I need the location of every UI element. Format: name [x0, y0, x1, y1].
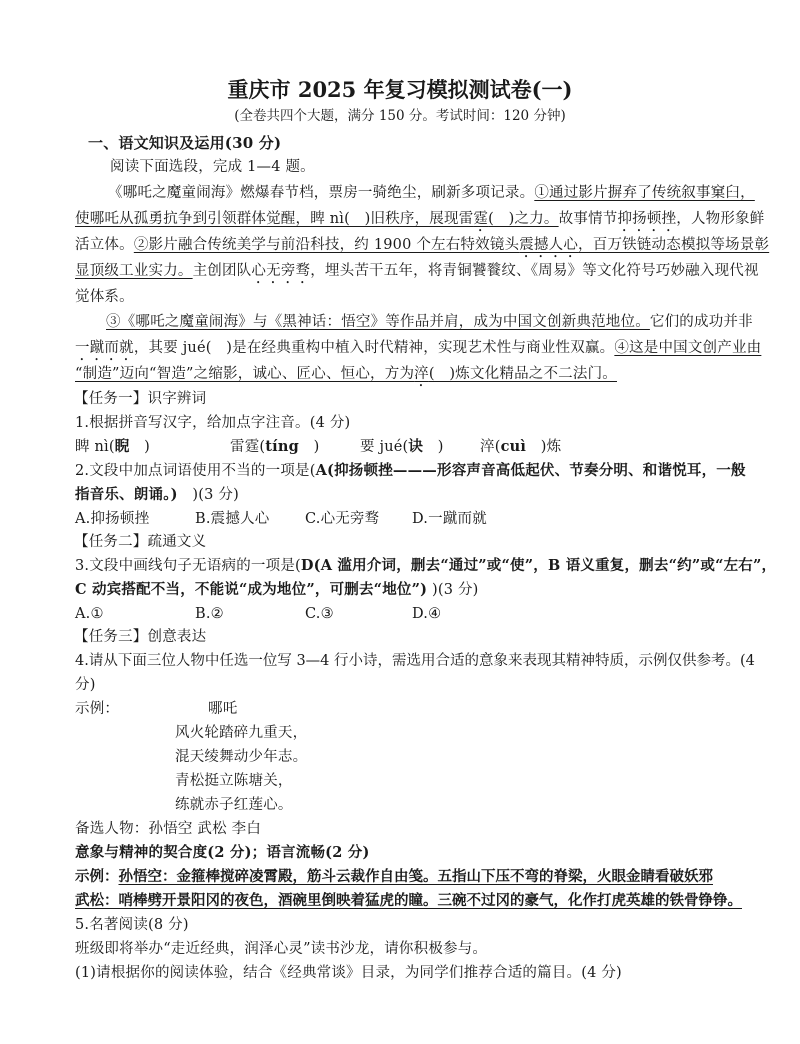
example-label: 示例： [75, 699, 727, 719]
task-heading: 【任务二】疏通文义 [74, 532, 726, 552]
dotted-char: 淬 [414, 366, 429, 382]
underlined-sentence-1: 使哪吒从孤勇抗争到引领群体觉醒，睥 nì( )旧秩序，展现雷霆( )之力。 [75, 211, 559, 227]
poem-line: 混天绫舞动少年志。 [175, 747, 800, 767]
dotted-char: 霆 [473, 211, 488, 227]
answer-text: A(抑扬顿挫———形容声音高低起伏、节奏分明、和谐悦耳，一般 [316, 462, 746, 479]
underlined-sentence-2: 显顶级工业实力。 [75, 263, 193, 279]
passage-line: 《哪吒之魔童闹海》燃爆春节档，票房一骑绝尘，刷新多项记录。①通过影片摒弃了传统叙… [108, 183, 760, 203]
question-1: 1.根据拼音写汉字，给加点字注音。(4 分) [75, 413, 727, 433]
passage-line: 一蹴而就，其要 jué( )是在经典重构中植入时代精神，实现艺术性与商业性双赢。… [75, 338, 727, 364]
question-4: 分) [75, 675, 727, 695]
option-c: C.③ [305, 604, 334, 624]
dotted-phrase: 心无旁骛 [251, 263, 310, 279]
dotted-phrase: 抑扬顿挫 [617, 211, 676, 227]
underlined-sentence-3: ③《哪吒之魔童闹海》与《黑神话：悟空》等作品并肩，成为中国文创新典范地位。 [106, 314, 650, 330]
poem-line: 练就赤子红莲心。 [175, 795, 800, 815]
q5-intro: 班级即将举办“走近经典，润泽心灵”读书沙龙，请你积极参与。 [75, 939, 727, 959]
passage-line: 觉体系。 [75, 287, 727, 307]
passage-line: “制造”迈向“智造”之缩影，诚心、匠心、恒心，方为淬( )炼文化精品之不二法门。 [75, 364, 727, 390]
answer-text: C 动宾搭配不当，不能说“成为地位”，可删去“地位”) [75, 581, 427, 598]
passage-text: 《哪吒之魔童闹海》燃爆春节档，票房一骑绝尘，刷新多项记录。 [108, 185, 534, 201]
dotted-phrase: 震撼人心 [519, 237, 578, 253]
answer-item: 要 jué(诀 ) [360, 437, 444, 457]
page-title: 重庆市 2025 年复习模拟测试卷(一) [0, 76, 800, 104]
poem-line: 风火轮踏碎九重天， [175, 723, 800, 743]
page-subtitle: (全卷共四个大题，满分 150 分。考试时间：120 分钟) [0, 106, 800, 126]
sample-answer: 示例：孙悟空：金箍棒搅碎凌霄殿，筋斗云裁作自由笺。五指山下压不弯的脊梁，火眼金睛… [75, 867, 727, 887]
task-heading: 【任务三】创意表达 [74, 627, 726, 647]
answer-item: 雷霆(tíng ) [230, 437, 320, 457]
passage-line: ③《哪吒之魔童闹海》与《黑神话：悟空》等作品并肩，成为中国文创新典范地位。它们的… [106, 312, 758, 332]
sample-answer: 武松：哨棒劈开景阳冈的夜色，酒碗里倒映着猛虎的瞳。三碗不过冈的豪气，化作打虎英雄… [75, 891, 727, 911]
passage-line: 活立体。②影片融合传统美学与前沿科技，约 1900 个左右特效镜头震撼人心，百万… [75, 235, 727, 261]
passage-line: 显顶级工业实力。主创团队心无旁骛，埋头苦干五年，将青铜饕餮纹、《周易》等文化符号… [75, 261, 727, 287]
question-4: 4.请从下面三位人物中任选一位写 3—4 行小诗，需选用合适的意象来表现其精神特… [75, 651, 727, 671]
option-a: A.① [75, 604, 104, 624]
underlined-sentence-4: ④这是中国文创产业由 [614, 340, 761, 356]
option-c: C.心无旁骛 [305, 509, 379, 529]
question-3: C 动宾搭配不当，不能说“成为地位”，可删去“地位”) )(3 分) [75, 580, 727, 600]
instruction: 阅读下面选段，完成 1—4 题。 [110, 157, 762, 177]
passage-line: 使哪吒从孤勇抗争到引领群体觉醒，睥 nì( )旧秩序，展现雷霆( )之力。故事情… [75, 209, 727, 235]
question-2: 2.文段中加点词语使用不当的一项是(A(抑扬顿挫———形容声音高低起伏、节奏分明… [75, 461, 727, 481]
answer-item: 淬(cuì )炼 [480, 437, 561, 457]
candidates: 备选人物：孙悟空 武松 李白 [75, 819, 727, 839]
answer-item: 睥 nì(睨 ) [75, 437, 150, 457]
poem-title: 哪吒 [208, 699, 288, 719]
dotted-phrase: 一蹴而就 [75, 340, 134, 356]
section-heading: 一、语文知识及运用(30 分) [88, 133, 740, 153]
question-5: 5.名著阅读(8 分) [75, 915, 727, 935]
scoring-criteria: 意象与精神的契合度(2 分)；语言流畅(2 分) [75, 843, 727, 863]
underlined-sentence-1: ①通过影片摒弃了传统叙事窠臼， [534, 185, 755, 201]
answer-text: D(A 滥用介词，删去“通过”或“使”，B 语义重复，删去“约”或“左右”， [301, 557, 776, 574]
option-a: A.抑扬顿挫 [75, 509, 149, 529]
option-d: D.④ [412, 604, 441, 624]
exam-page: 重庆市 2025 年复习模拟测试卷(一) (全卷共四个大题，满分 150 分。考… [0, 0, 800, 1044]
option-b: B.② [195, 604, 224, 624]
q5-sub1: (1)请根据你的阅读体验，结合《经典常谈》目录，为同学们推荐合适的篇目。(4 分… [75, 963, 727, 983]
option-d: D.一蹴而就 [412, 509, 487, 529]
answer-text: 指音乐、朗诵。) [75, 486, 178, 503]
question-2: 指音乐、朗诵。) )(3 分) [75, 485, 727, 505]
underlined-sentence-2: ②影片融合传统美学与前沿科技，约 1900 个左右特效镜头震撼人心，百万铁链动态… [134, 237, 769, 253]
option-b: B.震撼人心 [195, 509, 269, 529]
question-3: 3.文段中画线句子无语病的一项是(D(A 滥用介词，删去“通过”或“使”，B 语… [75, 556, 727, 576]
task-heading: 【任务一】识字辨词 [74, 389, 726, 409]
underlined-sentence-4: “制造”迈向“智造”之缩影，诚心、匠心、恒心，方为淬( )炼文化精品之不二法门。 [75, 366, 617, 382]
poem-line: 青松挺立陈塘关， [175, 771, 800, 791]
